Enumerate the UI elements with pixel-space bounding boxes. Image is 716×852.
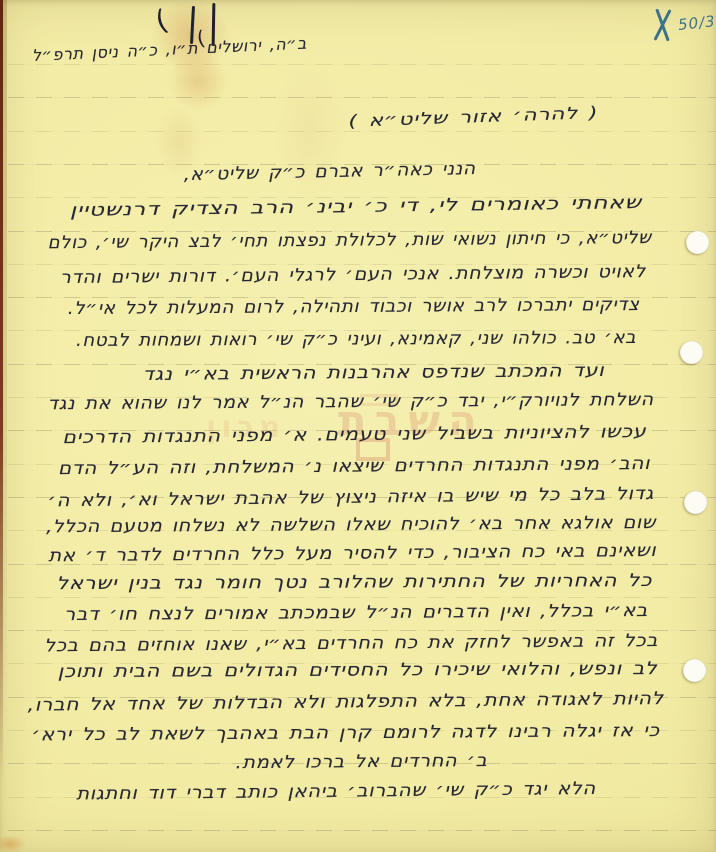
corner-number: 50/3 <box>677 12 716 34</box>
handwritten-line: עכשו להציוניות בשביל שני טעמים. א׳ מפני … <box>62 422 646 448</box>
handwritten-line: השלחת לנויורק״י, יבד כ״ק שי׳ שהבר הנ״ל א… <box>48 390 654 414</box>
punch-hole <box>684 491 707 514</box>
paper-stain <box>0 832 32 852</box>
ruled-line <box>8 64 716 65</box>
handwritten-line: הלא יגד כ״ק שי׳ שהברוב׳ ביהאן כותב דברי … <box>76 779 596 804</box>
pen-paren-mark: ( <box>152 3 172 38</box>
handwritten-line: צדיקים יתברכו לרב אושר וכבוד ותהילה, לרו… <box>68 295 640 319</box>
handwritten-line: שום אולגא אחר בא׳ להוכיח שאלו השלשה לא נ… <box>46 513 656 537</box>
ruled-line <box>8 830 716 831</box>
handwritten-line: ב׳ החרדים אל ברכו לאמת. <box>236 751 488 773</box>
punch-hole <box>680 341 703 364</box>
handwritten-line: להיות לאגודה אחת, בלא התפלגות ולא הבדלות… <box>28 689 664 716</box>
handwritten-line: בא׳ טב. כולהו שני, קאמינא, ועיני כ״ק שי׳… <box>76 328 636 351</box>
handwritten-line: כל האחריות של החתירות שהלורב נטך חומר נג… <box>56 571 652 594</box>
ruled-line <box>8 97 716 98</box>
handwritten-line: גדול בלב כל מי שיש בו איזה ניצוץ של אהבת… <box>48 484 654 511</box>
punch-hole <box>683 659 706 682</box>
handwritten-line: לב ונפש, והלואי שיכירו כל החסידים הגדולי… <box>58 659 658 682</box>
ruled-line <box>8 597 716 598</box>
handwritten-line: שליט״א, כי חיתון נשואי שות, לכלולת נפצתו… <box>48 228 652 253</box>
handwritten-line: ב״ה, ירושלים ת״ו, כ״ה ניסן תרפ״ל <box>32 34 308 65</box>
handwritten-line: והב׳ מפני התנגדות החרדים שיצאו נ׳ המשלחת… <box>58 454 650 479</box>
handwritten-line: ( להרה׳ אזור שליט״א ) <box>348 103 598 131</box>
handwritten-line: כי אז יגלה רבינו לדגה לרומם קרן הבת באהב… <box>32 721 660 745</box>
handwritten-line: הנני כאה״ר אברם כ״ק שליט״א, <box>184 159 476 185</box>
ruled-line <box>8 131 716 132</box>
handwritten-line: בכל זה באפשר לחזק את כח החרדים בא״י, שאנ… <box>44 631 658 656</box>
scan-edge-shadow <box>3 0 7 740</box>
handwritten-line: שאחתי כאומרים לי, די כ׳ יבינ׳ הרב הצדיק … <box>70 193 642 221</box>
handwritten-line: לאויט וכשרה מוצלחת. אנכי העם׳ לרגלי העם׳… <box>60 262 646 288</box>
handwritten-line: בא״י בכלל, ואין הדברים הנ״ל שבמכתב אמורי… <box>64 601 648 625</box>
handwritten-line: ושאינם באי כח הציבור, כדי להסיר מעל כלל … <box>48 541 656 566</box>
scanned-letter-page: השבת מכון ( ( 50/3 ב״ה, ירושלים ת״ו, כ״ה… <box>0 0 716 852</box>
handwritten-line: ועד המכתב שנדפס אהרבנות הראשית בא״י נגד <box>142 361 604 385</box>
punch-hole <box>686 231 709 254</box>
